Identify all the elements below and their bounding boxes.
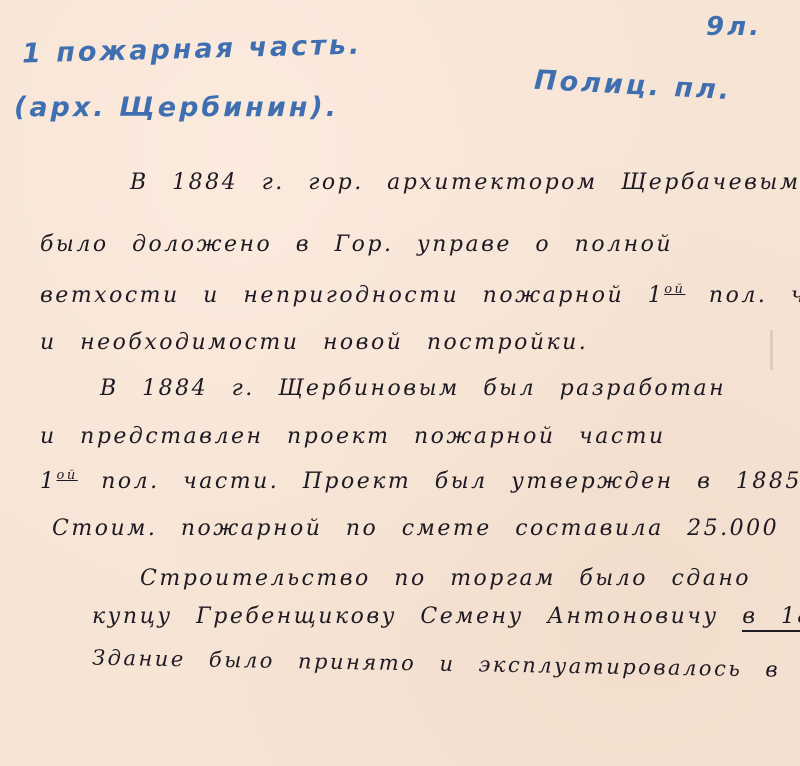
body-line-3-prefix: ветхости и непригодности пожарной xyxy=(40,283,624,308)
body-line-11: Здание было принято и эксплуатировалось … xyxy=(92,646,800,687)
paper-fold-mark xyxy=(770,330,773,370)
body-line-5: В 1884 г. Щербиновым был разработан xyxy=(100,376,726,401)
underlined-year: в 1895 г. xyxy=(742,604,800,632)
ordinal-suffix: ой xyxy=(57,468,78,483)
body-line-1: В 1884 г. гор. архитектором Щербачевым xyxy=(130,170,800,195)
body-line-3: ветхости и непригодности пожарной 1ой по… xyxy=(40,282,800,308)
page-number: 9л. xyxy=(706,12,762,42)
body-line-3-suffix: пол. части xyxy=(709,283,800,308)
body-line-7: 1ой пол. части. Проект был утвержден в 1… xyxy=(40,468,800,494)
body-line-6: и представлен проект пожарной части xyxy=(40,424,666,449)
body-line-10-text: купцу Гребенщикову Семену Антоновичу xyxy=(92,604,719,629)
body-line-8: Стоим. пожарной по смете составила 25.00… xyxy=(52,516,800,541)
location-label: Полиц. пл. xyxy=(533,65,733,106)
header-title-line1: 1 пожарная часть. xyxy=(22,30,363,70)
body-line-2: было доложено в Гор. управе о полной xyxy=(40,232,673,257)
ordinal-suffix: ой xyxy=(664,282,685,297)
body-line-9: Строительство по торгам было сдано xyxy=(140,566,751,591)
body-line-4: и необходимости новой постройки. xyxy=(40,330,588,355)
body-line-10: купцу Гребенщикову Семену Антоновичу в 1… xyxy=(92,604,800,629)
document-page: 1 пожарная часть. (арх. Щербинин). 9л. П… xyxy=(0,0,800,766)
header-title-line2: (арх. Щербинин). xyxy=(14,92,339,123)
body-line-7-rest: пол. части. Проект был утвержден в 1885 … xyxy=(101,469,800,494)
